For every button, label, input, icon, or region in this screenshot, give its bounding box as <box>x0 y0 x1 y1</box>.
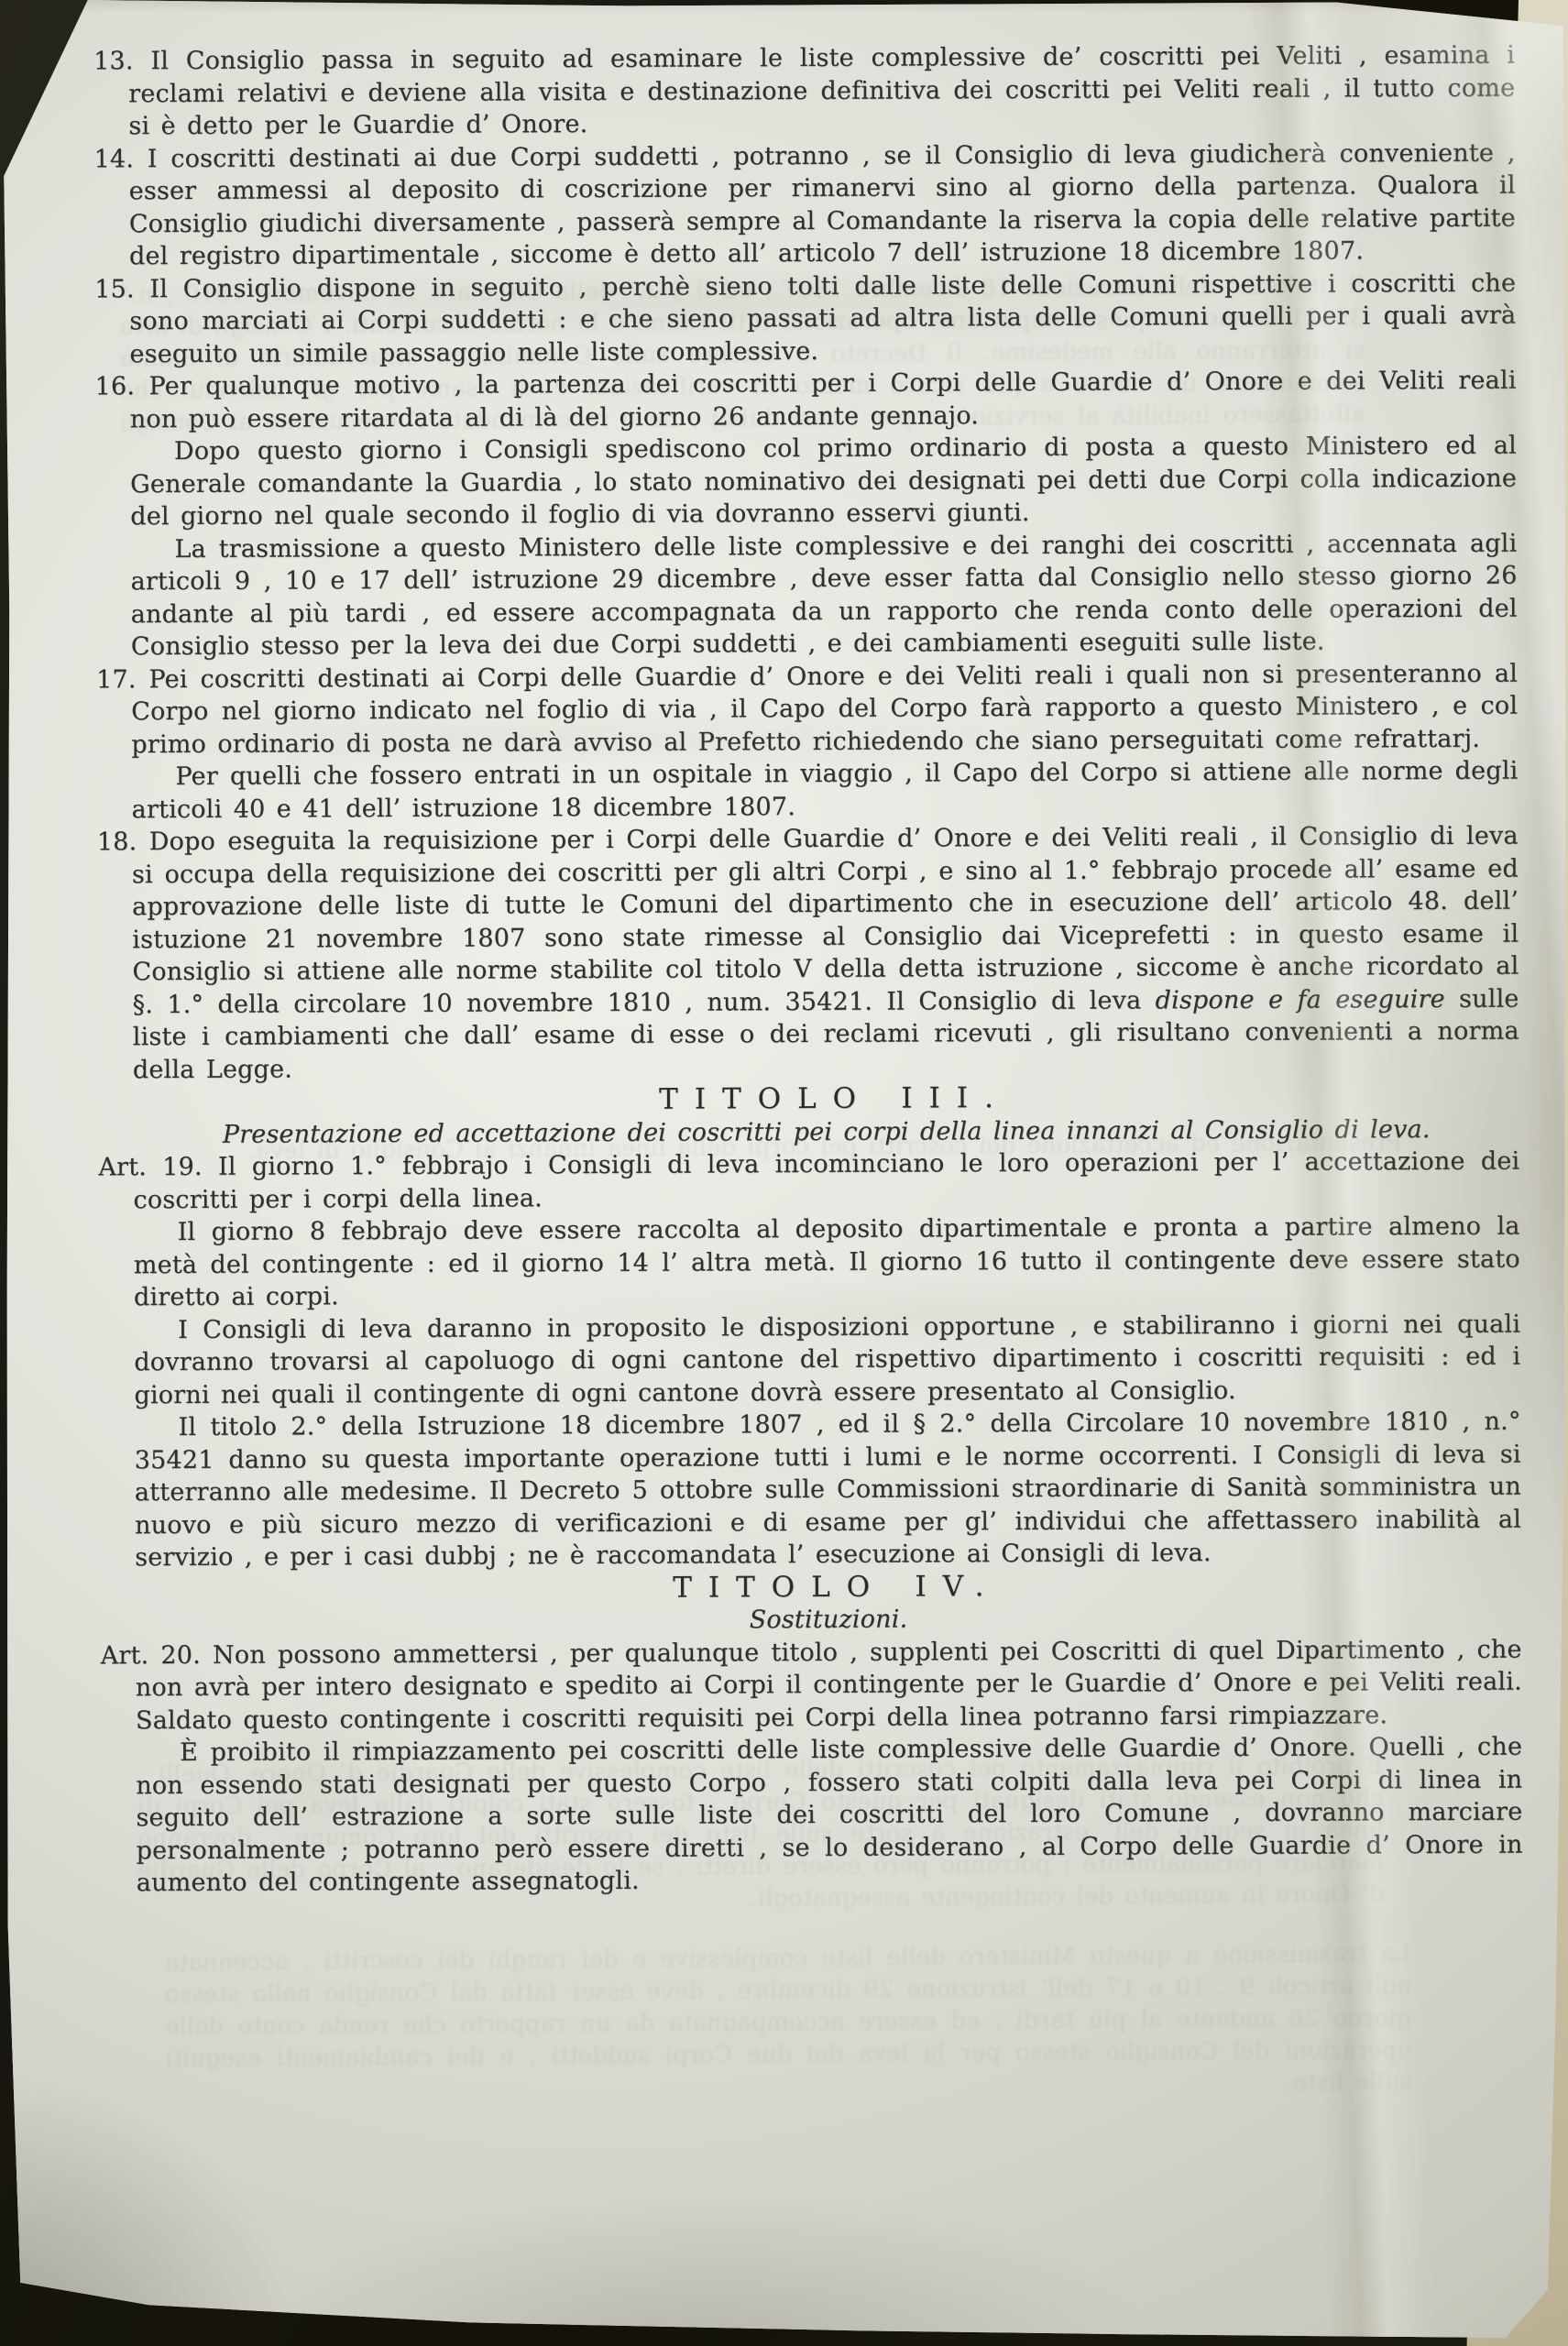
article-paragraph: 15. Il Consiglio dispone in seguito , pe… <box>129 267 1516 370</box>
article-paragraph: 17. Pei coscritti destinati ai Corpi del… <box>131 657 1518 761</box>
paragraph: È proibito il rimpiazzamento pei coscrit… <box>136 1731 1523 1900</box>
article-number: 14. <box>93 145 134 173</box>
article-paragraph: 14. I coscritti destinati ai due Corpi s… <box>128 137 1516 273</box>
text-column: 13. Il Consiglio passa in seguito ad esa… <box>93 39 1523 1900</box>
article-paragraph: 18. Dopo eseguita la requisizione per i … <box>132 820 1519 1087</box>
article-paragraph: 16. Per qualunque motivo , la partenza d… <box>130 365 1517 436</box>
article-number: 17. <box>96 665 137 694</box>
photo-frame: Il titolo 2.° della Istruzione 18 dicemb… <box>0 0 1568 2346</box>
paragraph: Il titolo 2.° della Istruzione 18 dicemb… <box>135 1406 1522 1574</box>
paragraph: I Consigli di leva daranno in proposito … <box>134 1308 1520 1411</box>
article-paragraph: 13. Il Consiglio passa in seguito ad esa… <box>128 39 1515 143</box>
article-number: 13. <box>93 47 134 75</box>
article-number: Art. 19. <box>98 1153 203 1181</box>
article-number: 15. <box>94 275 135 303</box>
paragraph: La trasmissione a questo Ministero delle… <box>130 527 1518 663</box>
paragraph: Dopo questo giorno i Consigli spediscono… <box>130 430 1517 533</box>
paper-sheet: Il titolo 2.° della Istruzione 18 dicemb… <box>0 0 1568 2346</box>
paragraph: Il giorno 8 febbrajo deve essere raccolt… <box>134 1211 1520 1314</box>
article-paragraph: Art. 19. Il giorno 1.° febbrajo i Consig… <box>133 1146 1519 1217</box>
bleedthrough-text: La trasmissione a questo Ministero delle… <box>164 1938 1411 2107</box>
article-number: 16. <box>95 372 136 400</box>
article-number: Art. 20. <box>101 1640 201 1669</box>
paragraph: Per quelli che fossero entrati in un osp… <box>131 755 1518 827</box>
article-number: 18. <box>97 828 137 856</box>
article-paragraph: Art. 20. Non possono ammettersi , per qu… <box>136 1633 1522 1737</box>
